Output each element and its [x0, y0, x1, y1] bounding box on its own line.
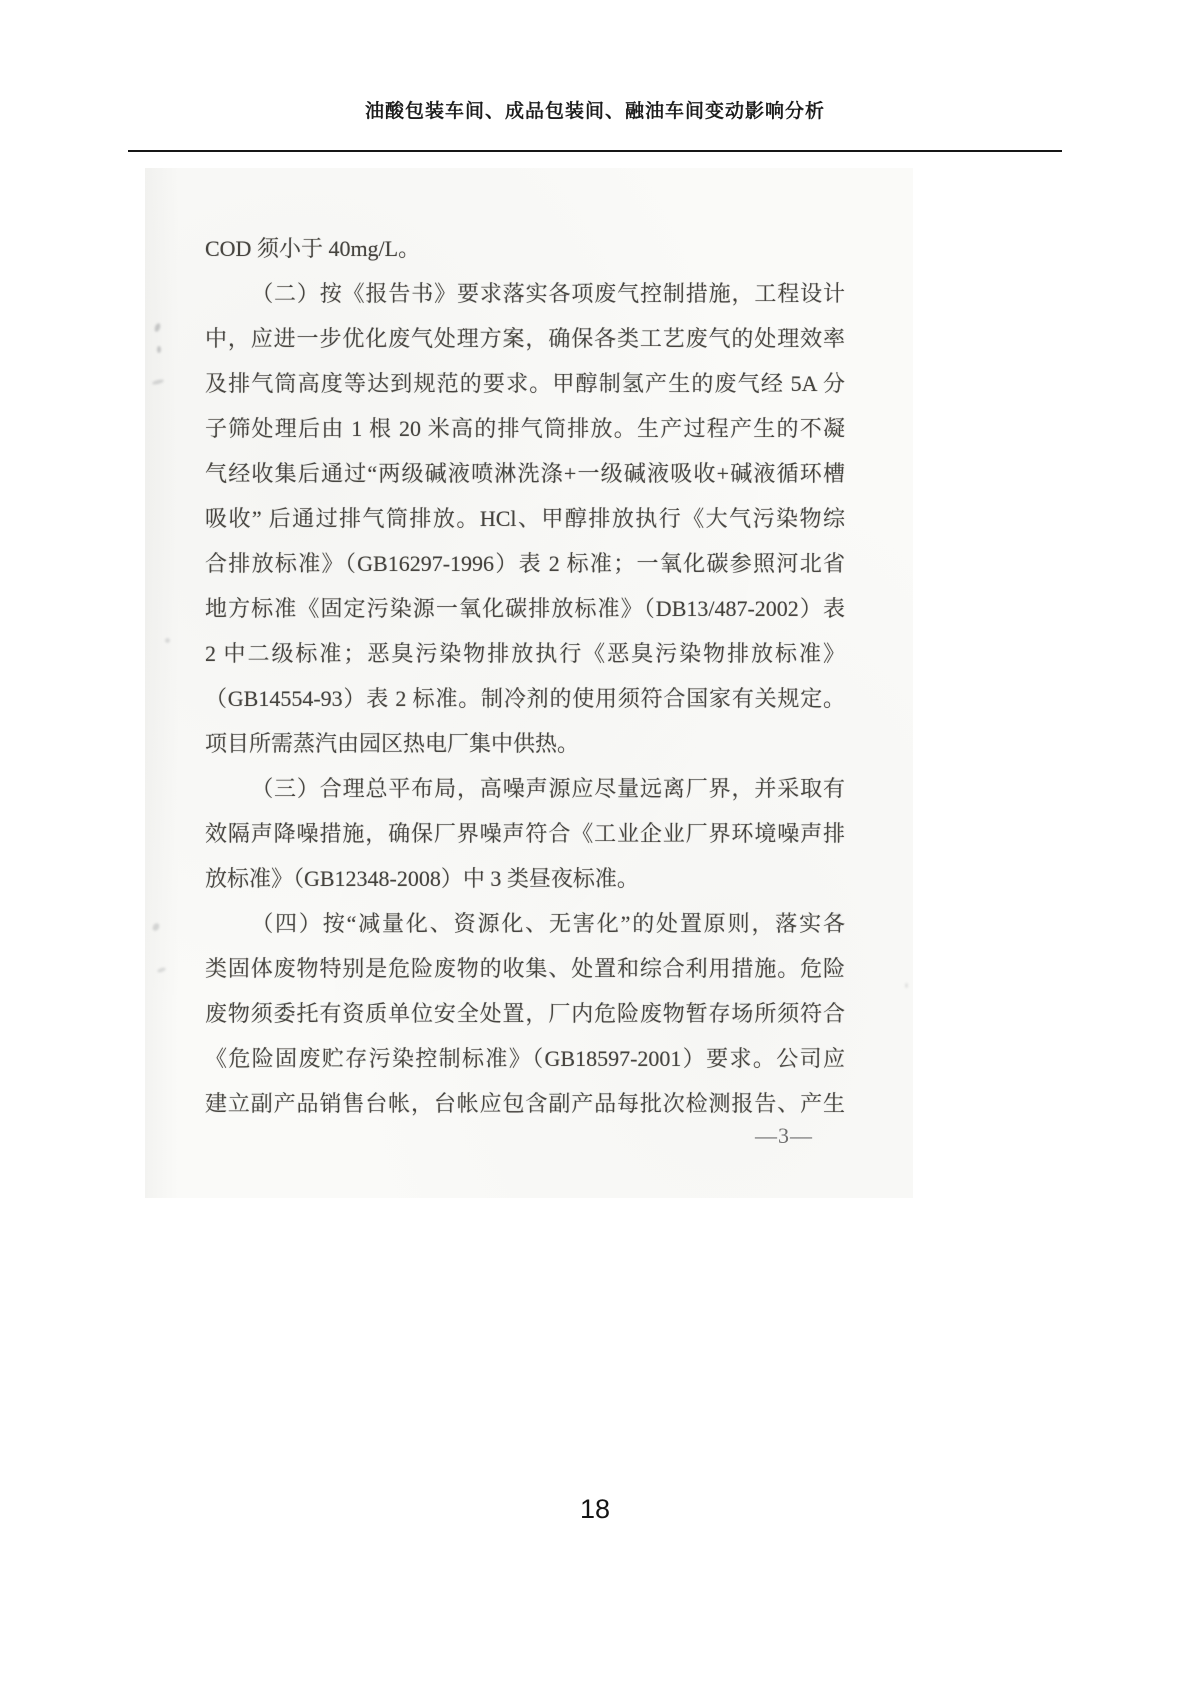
text-line: 废物须委托有资质单位安全处置，厂内危险废物暂存场所须符合 [205, 991, 845, 1036]
scan-artifact [152, 379, 165, 386]
scanned-document: COD 须小于 40mg/L。 （二）按《报告书》要求落实各项废气控制措施，工程… [145, 168, 913, 1198]
report-header: 油酸包装车间、成品包装间、融油车间变动影响分析 [0, 96, 1190, 123]
scan-page-number-text: —3— [755, 1123, 813, 1148]
text-line: （二）按《报告书》要求落实各项废气控制措施，工程设计 [205, 271, 845, 316]
text-line: （GB14554-93）表 2 标准。制冷剂的使用须符合国家有关规定。 [205, 676, 845, 721]
scan-artifact [157, 967, 167, 974]
scan-artifact [151, 922, 160, 932]
text-line: 项目所需蒸汽由园区热电厂集中供热。 [205, 721, 845, 766]
scan-artifact [165, 638, 170, 643]
text-line: 子筛处理后由 1 根 20 米高的排气筒排放。生产过程产生的不凝 [205, 406, 845, 451]
text-line: （三）合理总平布局，高噪声源应尽量远离厂界，并采取有 [205, 766, 845, 811]
text-line: 中，应进一步优化废气处理方案，确保各类工艺废气的处理效率 [205, 316, 845, 361]
text-line: 效隔声降噪措施，确保厂界噪声符合《工业企业厂界环境噪声排 [205, 811, 845, 856]
text-line: 2 中二级标准；恶臭污染物排放执行《恶臭污染物排放标准》 [205, 631, 845, 676]
text-line: 合排放标准》（GB16297-1996）表 2 标准；一氧化碳参照河北省 [205, 541, 845, 586]
text-line: 气经收集后通过“两级碱液喷淋洗涤+一级碱液吸收+碱液循环槽 [205, 451, 845, 496]
text-line: 类固体废物特别是危险废物的收集、处置和综合利用措施。危险 [205, 946, 845, 991]
scan-body-text: COD 须小于 40mg/L。 （二）按《报告书》要求落实各项废气控制措施，工程… [205, 226, 845, 1126]
text-line: 地方标准《固定污染源一氧化碳排放标准》（DB13/487-2002）表 [205, 586, 845, 631]
text-line: 建立副产品销售台帐，台帐应包含副产品每批次检测报告、产生 [205, 1081, 845, 1126]
scan-artifact [154, 322, 162, 332]
scan-artifact [905, 983, 908, 988]
text-line: 及排气筒高度等达到规范的要求。甲醇制氢产生的废气经 5A 分 [205, 361, 845, 406]
text-line: （四）按“减量化、资源化、无害化”的处置原则，落实各 [205, 901, 845, 946]
scan-artifact [157, 346, 161, 353]
text-line: 放标准》（GB12348-2008）中 3 类昼夜标准。 [205, 856, 845, 901]
scan-page-number: —3— [205, 1123, 845, 1149]
footer-page-number: 18 [0, 1494, 1190, 1525]
header-divider [128, 150, 1062, 152]
text-line: COD 须小于 40mg/L。 [205, 226, 845, 271]
text-line: 吸收” 后通过排气筒排放。HCl、甲醇排放执行《大气污染物综 [205, 496, 845, 541]
page-title: 油酸包装车间、成品包装间、融油车间变动影响分析 [0, 96, 1190, 123]
text-line: 《危险固废贮存污染控制标准》（GB18597-2001）要求。公司应 [205, 1036, 845, 1081]
